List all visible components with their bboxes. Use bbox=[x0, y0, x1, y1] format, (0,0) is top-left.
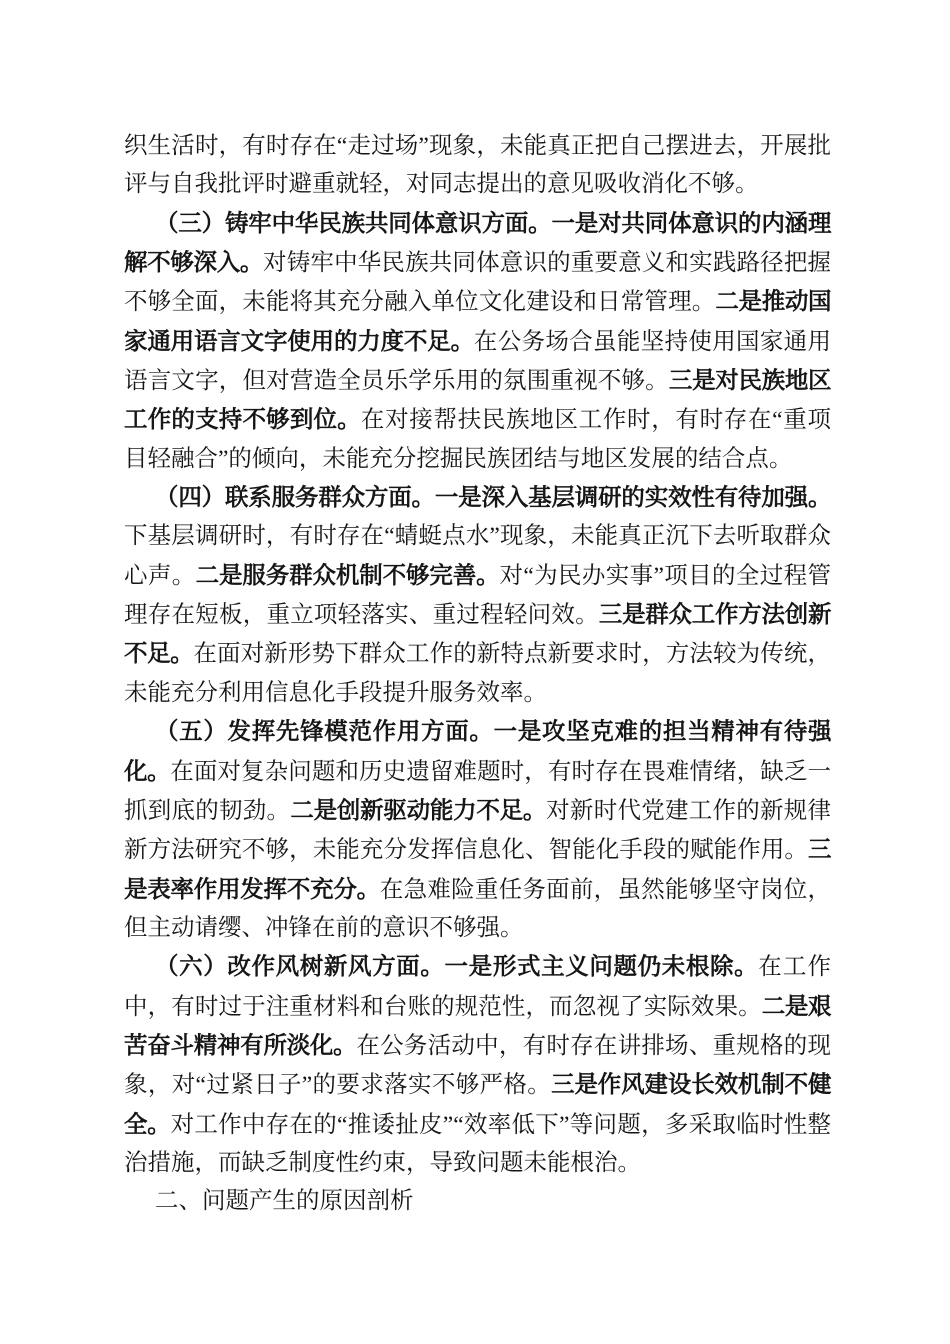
bold-text-run: （六）改作风树新风方面。一是形式主义问题仍未根除。 bbox=[155, 952, 758, 980]
paragraph: （六）改作风树新风方面。一是形式主义问题仍未根除。在工作中，有时过于注重材料和台… bbox=[124, 947, 831, 1182]
document-body: 织生活时，有时存在“走过场”现象，未能真正把自己摆进去，开展批评与自我批评时避重… bbox=[124, 127, 831, 1221]
bold-text-run: 二是创新驱动能力不足。 bbox=[290, 796, 546, 824]
section-heading: 二、问题产生的原因剖析 bbox=[124, 1182, 831, 1220]
document-page: 织生活时，有时存在“走过场”现象，未能真正把自己摆进去，开展批评与自我批评时避重… bbox=[0, 0, 950, 1344]
text-run: 在面对新形势下群众工作的新特点新要求时，方法较为传统，未能充分利用信息化手段提升… bbox=[124, 641, 831, 705]
text-run: 织生活时，有时存在“走过场”现象，未能真正把自己摆进去，开展批评与自我批评时避重… bbox=[124, 133, 831, 197]
text-run: 二、问题产生的原因剖析 bbox=[155, 1188, 414, 1214]
bold-text-run: （四）联系服务群众方面。一是深入基层调研的实效性有待加强。 bbox=[155, 483, 831, 511]
text-run: 对工作中存在的“推诿扯皮”“效率低下”等问题，多采取临时性整治措施，而缺乏制度性… bbox=[124, 1112, 831, 1176]
paragraph: 织生活时，有时存在“走过场”现象，未能真正把自己摆进去，开展批评与自我批评时避重… bbox=[124, 127, 831, 204]
paragraph: （四）联系服务群众方面。一是深入基层调研的实效性有待加强。下基层调研时，有时存在… bbox=[124, 478, 831, 712]
paragraph: （五）发挥先锋模范作用方面。一是攻坚克难的担当精神有待强化。在面对复杂问题和历史… bbox=[124, 712, 831, 947]
paragraph: （三）铸牢中华民族共同体意识方面。一是对共同体意识的内涵理解不够深入。对铸牢中华… bbox=[124, 204, 831, 478]
bold-text-run: 二是服务群众机制不够完善。 bbox=[196, 561, 500, 589]
